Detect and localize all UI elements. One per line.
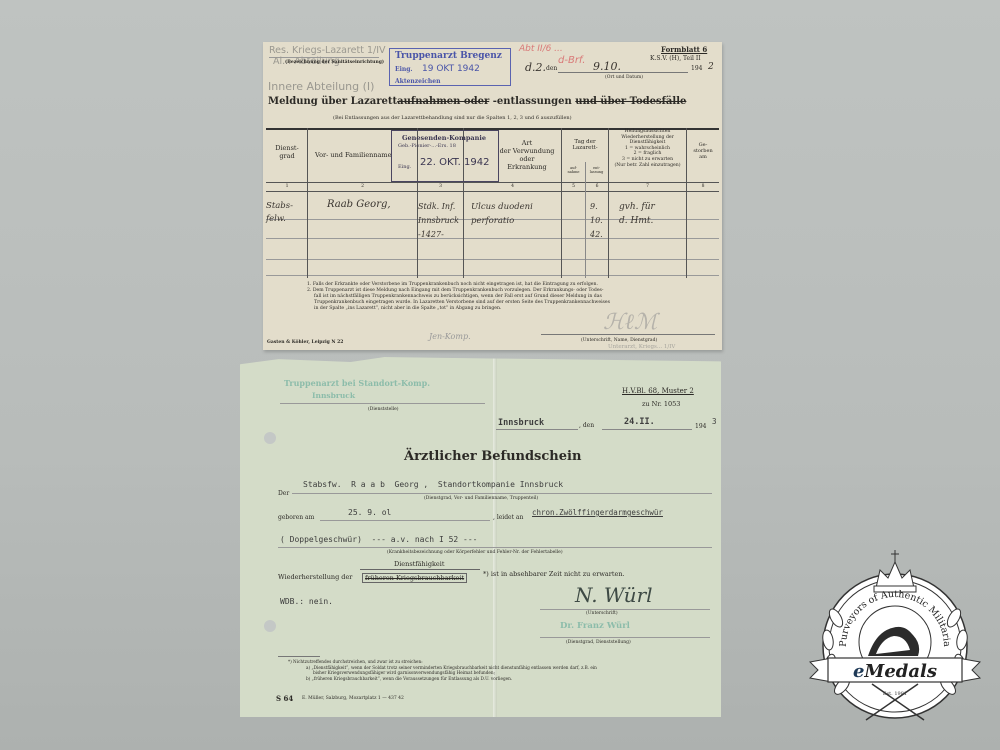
formblatt-label: Formblatt 6: [661, 45, 707, 54]
person-underline: [292, 493, 712, 494]
truppenarzt-bregenz-stamp: Truppenarzt Bregenz Eing. 19 OKT 1942 Ak…: [389, 48, 511, 86]
report-title: Meldung über Lazarettaufnahmen oder -ent…: [268, 96, 686, 107]
cell-entlassung-date: 9. 10. 42.: [590, 200, 603, 242]
year-prefix: 194: [695, 423, 706, 430]
signature-faint: ℋℓℳ: [603, 309, 657, 335]
dienststelle-caption: (Dienststelle): [368, 407, 399, 412]
table-row-line: [266, 275, 719, 276]
cell-name: Raab Georg,: [327, 199, 391, 210]
stamp-eing-label: Eing.: [395, 66, 413, 73]
diagnosis-line2: ( Doppelgeschwür) --- a.v. nach I 52 ---: [280, 535, 477, 544]
recovery-label: Wiederherstellung der: [278, 573, 352, 581]
stamp-title: Truppenarzt Bregenz: [395, 51, 502, 61]
den-label: den: [546, 65, 557, 72]
doctor-signature: N. Würl: [575, 583, 653, 607]
person-caption: (Dienstgrad, Vor- und Familienname, Trup…: [424, 496, 538, 501]
col-num: 8: [687, 184, 719, 189]
header-entlassung: ent- lassung: [585, 166, 608, 174]
brand-wordmark: eMedals: [853, 661, 937, 682]
diagnosis-caption: (Krankheitsbezeichnung oder Körperfehler…: [387, 550, 563, 555]
cell-diagnosis: Ulcus duodeni perforatio: [471, 200, 533, 228]
cell-truppenteil: Stdk. Inf. Innsbruck -1427-: [418, 200, 459, 242]
col-num: 7: [609, 184, 686, 189]
place-typed: Innsbruck: [498, 418, 544, 428]
born-label: geboren am: [278, 514, 314, 521]
diagnosis-underline: [278, 547, 712, 548]
certificate-title: Ärztlicher Befundschein: [404, 449, 581, 464]
kdv-reference: K.S.V. (H), Teil II: [650, 55, 701, 62]
stamp-eing-label: Eing.: [398, 164, 411, 170]
year-suffix: 3: [712, 417, 717, 426]
stamp-date: 22. OKT. 1942: [420, 157, 489, 168]
stamp-line2: Geb.-Pionier-...-Ers. 18: [398, 143, 456, 149]
header-dienstgrad: Dienst- grad: [267, 144, 307, 160]
header-gestorben: Ge- storben am: [687, 142, 719, 160]
ort-datum-caption: (Ort und Datum): [605, 75, 643, 80]
recovery-suffix: *) ist in absehbarer Zeit nicht zu erwar…: [483, 570, 625, 578]
col-divider: [585, 162, 586, 278]
punch-hole: [264, 620, 276, 632]
pencil-note: Jen-Komp.: [429, 332, 471, 341]
form-reference: H.V.Bl. 68, Muster 2: [622, 387, 694, 395]
table-number-divider: [266, 191, 719, 192]
department-stamp: Innere Abteilung (I): [268, 80, 374, 93]
col-num: 4: [464, 184, 561, 189]
printer-imprint: E. Müller, Salzburg, Mozartplatz 1 — 437…: [302, 696, 404, 701]
genesenden-kompanie-stamp: Genesenden-Kompanie Geb.-Pionier-...-Ers…: [391, 130, 499, 182]
green-stamp-line2: Innsbruck: [312, 391, 355, 400]
diagnosis-line1: chron.Zwölffingerdarmgeschwür: [532, 508, 663, 517]
hospital-name: Res. Kriegs-Lazarett 1/IV: [269, 45, 386, 56]
header-tag-lazarett: Tag der Lazarett-: [562, 139, 608, 151]
title-part-struck-2: und über Todesfälle: [575, 96, 686, 107]
dienststelle-line: [280, 403, 485, 404]
recovery-option-struck: früheren Kriegsbrauchbarkeit: [362, 573, 467, 583]
cell-heilung: gvh. für d. Hmt.: [619, 200, 655, 228]
col-num: 6: [586, 184, 608, 189]
stamp-date: 19 OKT 1942: [422, 64, 480, 74]
header-aufnahme: auf- nahme: [562, 166, 585, 174]
wdb-line: WDB.: nein.: [280, 597, 333, 606]
zu-nr: zu Nr. 1053: [642, 400, 680, 408]
medical-certificate-document: Truppenarzt bei Standort-Komp. Innsbruck…: [240, 357, 721, 717]
header-name: Vor- und Familienname: [315, 151, 391, 159]
dienstgrad-line: [540, 637, 710, 638]
col-divider: [307, 128, 308, 278]
signature-caption: (Unterschrift, Name, Dienstgrad): [581, 338, 657, 343]
emedals-badge-icon: Purveyors of Authentic Militaria eMedals…: [806, 548, 984, 726]
date-line: [602, 429, 692, 430]
footnote-divider: [278, 656, 320, 657]
col-num: 2: [308, 184, 417, 189]
table-row-line: [266, 238, 719, 239]
doctor-caption: (Dienstgrad, Dienststellung): [566, 640, 631, 645]
title-part-struck-1: aufnahmen oder: [397, 96, 489, 107]
date-handwritten: 9.10.: [593, 60, 621, 73]
red-annotation-line1: Abt II/6 ...: [519, 44, 563, 54]
recovery-option-dienstfaehigkeit: Dienstfähigkeit: [394, 560, 444, 568]
place-handwritten: d.2.: [525, 61, 546, 74]
born-underline: [320, 520, 490, 521]
table-header-divider: [266, 182, 719, 183]
doctor-name-stamp: Dr. Franz Würl: [560, 621, 630, 631]
den-label: , den: [579, 422, 594, 429]
header-art: Art der Verwundung oder Erkrankung: [497, 139, 557, 171]
stamp-akt-label: Aktenzeichen: [395, 78, 440, 85]
der-label: Der: [278, 490, 289, 497]
recovery-divider: [360, 569, 480, 570]
stamp-line1: Genesenden-Kompanie: [402, 134, 486, 142]
form-code: S 64: [276, 694, 293, 703]
year-prefix: 194: [691, 65, 702, 72]
col-num: 3: [418, 184, 463, 189]
cell-dienstgrad: Stabs- felw.: [266, 200, 293, 226]
header-heilungsaussichten: Heilungsaussichten Wiederherstellung der…: [609, 129, 686, 168]
table-row-line: [266, 259, 719, 260]
printer-imprint: Gasten & Köhler, Leipzig N 22: [267, 340, 343, 345]
notes-block: 1. Falls der Erkrankte oder Verstorbene …: [307, 282, 610, 312]
green-stamp-line1: Truppenarzt bei Standort-Komp.: [284, 378, 430, 388]
emedals-watermark-logo: Purveyors of Authentic Militaria eMedals…: [806, 548, 984, 726]
punch-hole: [264, 432, 276, 444]
signature-stamp: Unterarzt, Kriegs... 1/IV: [608, 344, 675, 350]
note-2-cont: in der Spalte „ins Lazarett“, nicht aber…: [307, 306, 610, 312]
place-line: [496, 429, 578, 430]
col-num: 5: [562, 184, 585, 189]
date-line: [558, 72, 688, 73]
title-part-3: -entlassungen: [493, 96, 572, 107]
suffers-label: , leidet an: [493, 514, 523, 521]
born-value: 25. 9. ol: [348, 508, 391, 517]
col-num: 1: [267, 184, 307, 189]
signature-line: [540, 609, 710, 610]
date-typed: 24.II.: [624, 417, 655, 427]
report-subtitle: (Bei Entlassungen aus der Lazarettbehand…: [333, 115, 572, 121]
lazarett-report-document: Res. Kriegs-Lazarett 1/IV Al... Abteilun…: [263, 42, 722, 350]
title-part-1: Meldung über Lazarett: [268, 96, 397, 107]
footnotes: *) Nichtzutreffendes durchstreichen, und…: [288, 659, 597, 681]
institution-caption: (Bezeichnung der Sanitätseinrichtung): [285, 60, 384, 65]
footnote-b: b) „früheren Kriegsbrauchbarkeit“, wenn …: [288, 676, 597, 682]
signature-caption: (Unterschrift): [586, 611, 618, 616]
year-suffix: 2: [708, 62, 714, 72]
red-annotation-line2: d-Brf.: [558, 55, 585, 66]
person-line: Stabsfw. R a a b Georg , Standortkompani…: [303, 480, 563, 489]
